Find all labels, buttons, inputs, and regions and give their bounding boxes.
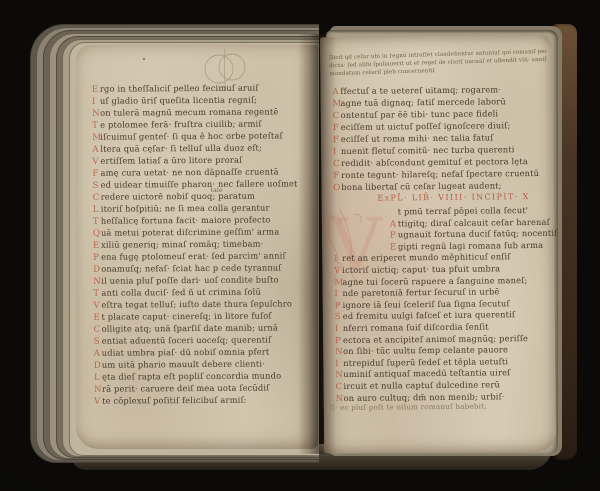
omitted-verse-addition: ſl· ec pluſ poſt te nilum romanuſ habebi… xyxy=(330,401,487,412)
left-page-text-column: Ergo in theſſaliciſ pelleo fecimuſ aruiſ… xyxy=(92,81,313,407)
line-text: ęta dieſ rapta eſt popliſ concordia mund… xyxy=(102,370,281,381)
line-text: ltera quā cęſar· ſi telluſ ulla duoz eſt… xyxy=(100,143,262,154)
line-text: itoriſ hoſpitiū; ne ſi mea colla gerantu… xyxy=(101,203,270,214)
interlinear-gloss: tale xyxy=(211,185,223,197)
line-text: on tulerā magnū mecum romana regentē xyxy=(100,106,278,117)
line-text: uminiſ antiquaſ macedū teſtantia uireſ xyxy=(343,368,510,380)
line-text: ret an eriperet mundo mēphiticuſ enſiſ xyxy=(342,252,511,264)
addition-text: ec pluſ poſt te nilum romanuſ habebit; xyxy=(340,401,487,412)
line-text: rgo in theſſaliciſ pelleo fecimuſ aruiſ xyxy=(100,83,259,94)
line-text: ignore iā ſeui ſceleriſ ſua ſigna ſecutu… xyxy=(343,298,510,310)
line-initial: O xyxy=(333,182,341,194)
line-text: ena fugę ptolomeuſ erat· ſed parcim' ann… xyxy=(101,250,286,261)
line-text: rā perit· caruere deiſ mea uota ſecūdiſ xyxy=(102,383,269,394)
line-text: anti colla duciſ· ſed ñ ut crimina ſolū xyxy=(101,287,261,298)
insertion-mark: ſl· xyxy=(330,403,338,412)
line-text: entiat aduentū ſoceri uoceſq; querentiſ xyxy=(102,335,272,346)
line-text: iſcuimuſ genteſ· ſi qua ē hoc orbe poteſ… xyxy=(100,130,283,141)
line-text: gipti regnū lagi romana ſub arma xyxy=(398,240,543,252)
line-text: ircuit et nulla captuſ dulcedine rerū xyxy=(343,379,500,391)
line-text: agne tuā dignaq; ſatiſ mercede laborū xyxy=(340,96,505,108)
line-text: ronte tegunt· hilareſq; nefaſ ſpectare c… xyxy=(341,168,539,180)
right-page: Dicit qd ceſar ubi in regnū intraſſet cl… xyxy=(320,35,556,453)
line-text: uſ gladio ūriſ queſita licentia regniſ; xyxy=(100,95,257,106)
line-text: ffectuſ a te uetereſ uitamq; rogarem· xyxy=(340,84,501,96)
text-line: Obona libertaſ cū ceſar lugeat audent; xyxy=(333,179,548,193)
line-text: amę cura uetat· ne non dāpnaſſe cruentā xyxy=(100,166,278,177)
line-text: agne tui ſocerū rapuere a ſanguine maneſ… xyxy=(342,275,527,287)
right-page-upper-text: Affectuſ a te uetereſ uitamq; rogarem· M… xyxy=(332,83,548,193)
line-text: redere uictorē nobiſ quoq; paratum xyxy=(101,191,255,202)
line-text: on ſibi· tūc uultu ſemp celante pauore xyxy=(343,344,508,356)
line-initial: V xyxy=(94,396,102,408)
line-text: e ptolomee ferā· fruſtra ciuilib; armiſ xyxy=(100,119,261,130)
line-text: ntrepiduſ ſuperū ſedeſ et tēpla uetuſti xyxy=(343,356,508,368)
line-text: te cōplexuſ poſitiſ felicibuſ armiſ: xyxy=(102,395,247,406)
line-text: ttigitq; diraſ calcauit ceſar harenaſ xyxy=(398,216,550,228)
line-text: ectora et ancipiteſ animoſ magnūq; periſ… xyxy=(343,333,528,345)
line-text: eſtra tegat telluſ; iuſto date thura ſep… xyxy=(101,298,292,309)
line-text: um uitā phario mauult debere clienti· xyxy=(102,359,265,370)
top-margin-gloss: Dicit qd ceſar ubi in regnū intraſſet cl… xyxy=(329,48,548,79)
text-line: Vte cōplexuſ poſitiſ felicibuſ armiſ: xyxy=(94,393,313,407)
line-text: t placate caput· cinereſq; in litore fuſ… xyxy=(101,311,271,322)
line-text: nuenit fletuſ comitū· nec turba querenti xyxy=(341,144,515,156)
line-text: ugnauit fortuna duciſ fatūq; nocentiſ xyxy=(398,228,558,240)
line-text: ed fremitu uulgi faſceſ et iura querenti… xyxy=(343,310,515,322)
manuscript-photo: Ergo in theſſaliciſ pelleo fecimuſ aruiſ… xyxy=(0,0,600,491)
line-text: redidit· abſcondunt gemituſ et pectora l… xyxy=(341,156,528,168)
line-text: onamuſq; nefaſ· ſciat hac p cede tyrannu… xyxy=(101,262,281,273)
line-text: xiliū generiq; minaſ romāq; timebam· xyxy=(101,239,264,250)
line-text: nde paretoniā fertur ſecuruſ in urbē xyxy=(342,287,499,299)
line-text: ictoriſ uictiq; caput· tua pfuit umbra xyxy=(342,263,500,275)
line-text: ed uidear timuiſſe pharon· nec fallere u… xyxy=(101,178,298,189)
line-text: ontentuſ par ēē tibi· tunc pace fideli xyxy=(341,108,499,120)
line-text: il uenia pluſ poſſe dari· uoſ condite bu… xyxy=(101,274,278,285)
line-text: udiat umbra piaſ· dū nobiſ omnia pfert xyxy=(102,347,270,358)
left-page: Ergo in theſſaliciſ pelleo fecimuſ aruiſ… xyxy=(76,45,318,449)
book-ten-text: t pmū terraſ pōpei colla ſecut' Attigitq… xyxy=(334,205,551,404)
line-text: heſſalicę fortuna facit· maiore profecto xyxy=(101,215,271,226)
line-text: t pmū terraſ pōpei colla ſecut' xyxy=(398,205,529,216)
line-text: bona libertaſ cū ceſar lugeat audent; xyxy=(341,180,501,192)
line-text: olligite atq; unā ſparſiſ date manib; ur… xyxy=(102,322,278,333)
line-text: nferri romana ſuiſ diſcordia ſenſit xyxy=(343,321,489,333)
line-text: uā metui poterat diſcrimine geſſim' arma xyxy=(101,226,279,237)
line-text: eciſſem ut uictuſ poſſeſ ignoſcere diuiſ… xyxy=(341,120,511,132)
line-text: ertiſſem latiaſ a ūro litore proraſ xyxy=(100,155,242,166)
line-text: eciſſeſ ut roma mihi· nec talia fatuſ xyxy=(341,132,494,144)
ink-speck xyxy=(143,58,145,60)
explicit-incipit-rubric: ExPL̄· LIB̄· VIIII· INCIPIT· X xyxy=(377,192,529,203)
